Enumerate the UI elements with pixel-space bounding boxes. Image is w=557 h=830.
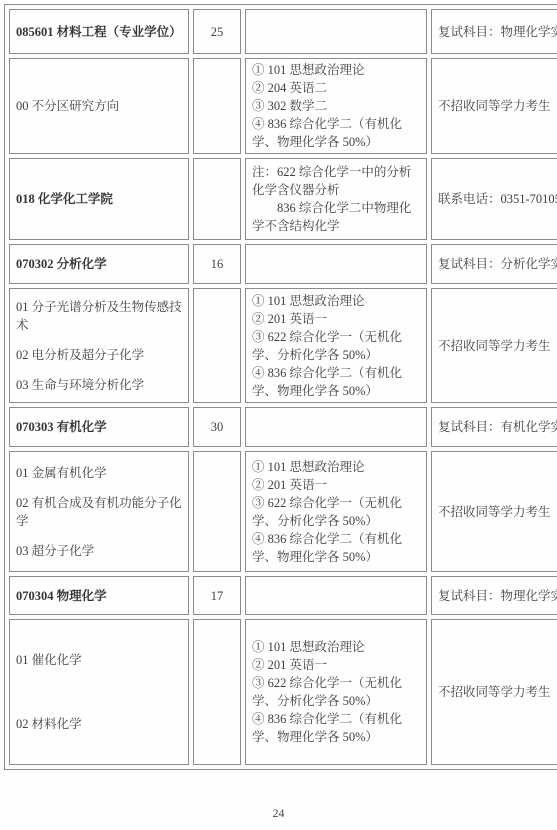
research-direction: 01 催化化学 (16, 651, 182, 669)
research-direction: 01 金属有机化学 (16, 464, 182, 482)
exam-subject-line: ② 201 英语一 (252, 476, 420, 494)
table-row-college: 018 化学化工学院 注：622 综合化学一中的分析化学含仪器分析 836 综合… (9, 158, 557, 240)
table-row-directions: 01 催化化学 02 材料化学 ① 101 思想政治理论 ② 201 英语一 ③… (9, 619, 557, 765)
table-row-directions: 00 不分区研究方向 ① 101 思想政治理论 ② 204 英语二 ③ 302 … (9, 58, 557, 154)
remarks-cell: 复试科目：物理化学实验 (431, 9, 557, 54)
exam-subjects-cell: ① 101 思想政治理论 ② 204 英语二 ③ 302 数学二 ④ 836 综… (245, 58, 427, 154)
remark-text: 不招收同等学力考生 (438, 685, 551, 699)
major-code-cell: 085601 材料工程（专业学位） (9, 9, 189, 54)
enrollment-count-cell (193, 451, 241, 572)
document-page: 085601 材料工程（专业学位） 25 复试科目：物理化学实验 00 不分区研… (0, 0, 557, 830)
research-direction: 02 材料化学 (16, 715, 182, 733)
exam-subjects-cell: ① 101 思想政治理论 ② 201 英语一 ③ 622 综合化学一（无机化学、… (245, 451, 427, 572)
research-directions-cell: 01 分子光谱分析及生物传感技术 02 电分析及超分子化学 03 生命与环境分析… (9, 288, 189, 403)
remarks-cell: 不招收同等学力考生 (431, 58, 557, 154)
remarks-cell: 不招收同等学力考生 (431, 451, 557, 572)
contact-phone: 联系电话：0351-7010588 (438, 192, 557, 206)
exam-subject-line: ① 101 思想政治理论 (252, 61, 420, 79)
remarks-cell: 不招收同等学力考生 (431, 288, 557, 403)
exam-subject-line: ② 204 英语二 (252, 79, 420, 97)
research-direction: 03 生命与环境分析化学 (16, 376, 182, 394)
exam-subjects-cell: ① 101 思想政治理论 ② 201 英语一 ③ 622 综合化学一（无机化学、… (245, 288, 427, 403)
table-row-program: 070304 物理化学 17 复试科目：物理化学实验 (9, 576, 557, 615)
table-row-directions: 01 分子光谱分析及生物传感技术 02 电分析及超分子化学 03 生命与环境分析… (9, 288, 557, 403)
enrollment-count-cell (193, 58, 241, 154)
research-direction: 00 不分区研究方向 (16, 97, 182, 115)
exam-subject-line: ③ 622 综合化学一（无机化学、分析化学各 50%） (252, 328, 420, 364)
enrollment-count-cell: 25 (193, 9, 241, 54)
major-code: 085601 材料工程（专业学位） (16, 25, 182, 39)
note-line: 注：622 综合化学一中的分析化学含仪器分析 (252, 163, 420, 199)
exam-subject-line: ① 101 思想政治理论 (252, 292, 420, 310)
table-row-program: 070303 有机化学 30 复试科目：有机化学实验 (9, 407, 557, 447)
major-code-cell: 070302 分析化学 (9, 244, 189, 284)
table-row-directions: 01 金属有机化学 02 有机合成及有机功能分子化学 03 超分子化学 ① 10… (9, 451, 557, 572)
major-code: 070303 有机化学 (16, 420, 107, 434)
remark-text: 复试科目：分析化学实验 (438, 257, 557, 271)
remark-text: 复试科目：物理化学实验 (438, 589, 557, 603)
research-direction: 01 分子光谱分析及生物传感技术 (16, 298, 182, 334)
major-code: 070302 分析化学 (16, 257, 107, 271)
major-code-cell: 070303 有机化学 (9, 407, 189, 447)
enrollment-count: 30 (211, 420, 224, 434)
exam-subjects-cell (245, 9, 427, 54)
note-line: 836 综合化学二中物理化学不含结构化学 (252, 199, 420, 235)
exam-subjects-cell (245, 576, 427, 615)
note-cell: 注：622 综合化学一中的分析化学含仪器分析 836 综合化学二中物理化学不含结… (245, 158, 427, 240)
remarks-cell: 不招收同等学力考生 (431, 619, 557, 765)
exam-subject-line: ③ 302 数学二 (252, 97, 420, 115)
enrollment-count: 17 (211, 589, 224, 603)
remarks-cell: 复试科目：分析化学实验 (431, 244, 557, 284)
exam-subject-line: ④ 836 综合化学二（有机化学、物理化学各 50%） (252, 530, 420, 566)
major-code-cell: 070304 物理化学 (9, 576, 189, 615)
exam-subjects-cell: ① 101 思想政治理论 ② 201 英语一 ③ 622 综合化学一（无机化学、… (245, 619, 427, 765)
research-directions-cell: 01 金属有机化学 02 有机合成及有机功能分子化学 03 超分子化学 (9, 451, 189, 572)
remark-text: 不招收同等学力考生 (438, 99, 551, 113)
page-number: 24 (0, 806, 557, 821)
enrollment-count-cell (193, 619, 241, 765)
table-row-program: 070302 分析化学 16 复试科目：分析化学实验 (9, 244, 557, 284)
exam-subject-line: ② 201 英语一 (252, 310, 420, 328)
exam-subject-line: ③ 622 综合化学一（无机化学、分析化学各 50%） (252, 674, 420, 710)
exam-subject-line: ④ 836 综合化学二（有机化学、物理化学各 50%） (252, 364, 420, 400)
table-row-program: 085601 材料工程（专业学位） 25 复试科目：物理化学实验 (9, 9, 557, 54)
research-directions-cell: 00 不分区研究方向 (9, 58, 189, 154)
remark-text: 不招收同等学力考生 (438, 339, 551, 353)
remark-text: 不招收同等学力考生 (438, 505, 551, 519)
enrollment-count: 25 (211, 25, 224, 39)
major-code: 070304 物理化学 (16, 589, 107, 603)
research-direction: 03 超分子化学 (16, 542, 182, 560)
exam-subject-line: ① 101 思想政治理论 (252, 638, 420, 656)
enrollment-count-cell (193, 158, 241, 240)
exam-subject-line: ③ 622 综合化学一（无机化学、分析化学各 50%） (252, 494, 420, 530)
enrollment-count-cell: 17 (193, 576, 241, 615)
enrollment-count-cell (193, 288, 241, 403)
college-name-cell: 018 化学化工学院 (9, 158, 189, 240)
remarks-cell: 复试科目：有机化学实验 (431, 407, 557, 447)
college-name: 018 化学化工学院 (16, 192, 113, 206)
remark-text: 复试科目：有机化学实验 (438, 420, 557, 434)
remarks-cell: 联系电话：0351-7010588 (431, 158, 557, 240)
exam-subject-line: ④ 836 综合化学二（有机化学、物理化学各 50%） (252, 710, 420, 746)
remark-text: 复试科目：物理化学实验 (438, 25, 557, 39)
enrollment-count-cell: 30 (193, 407, 241, 447)
enrollment-count: 16 (211, 257, 224, 271)
research-directions-cell: 01 催化化学 02 材料化学 (9, 619, 189, 765)
admissions-table: 085601 材料工程（专业学位） 25 复试科目：物理化学实验 00 不分区研… (4, 4, 557, 770)
enrollment-count-cell: 16 (193, 244, 241, 284)
exam-subject-line: ④ 836 综合化学二（有机化学、物理化学各 50%） (252, 115, 420, 151)
research-direction: 02 有机合成及有机功能分子化学 (16, 494, 182, 530)
research-direction: 02 电分析及超分子化学 (16, 346, 182, 364)
exam-subjects-cell (245, 407, 427, 447)
remarks-cell: 复试科目：物理化学实验 (431, 576, 557, 615)
exam-subject-line: ① 101 思想政治理论 (252, 458, 420, 476)
exam-subjects-cell (245, 244, 427, 284)
exam-subject-line: ② 201 英语一 (252, 656, 420, 674)
